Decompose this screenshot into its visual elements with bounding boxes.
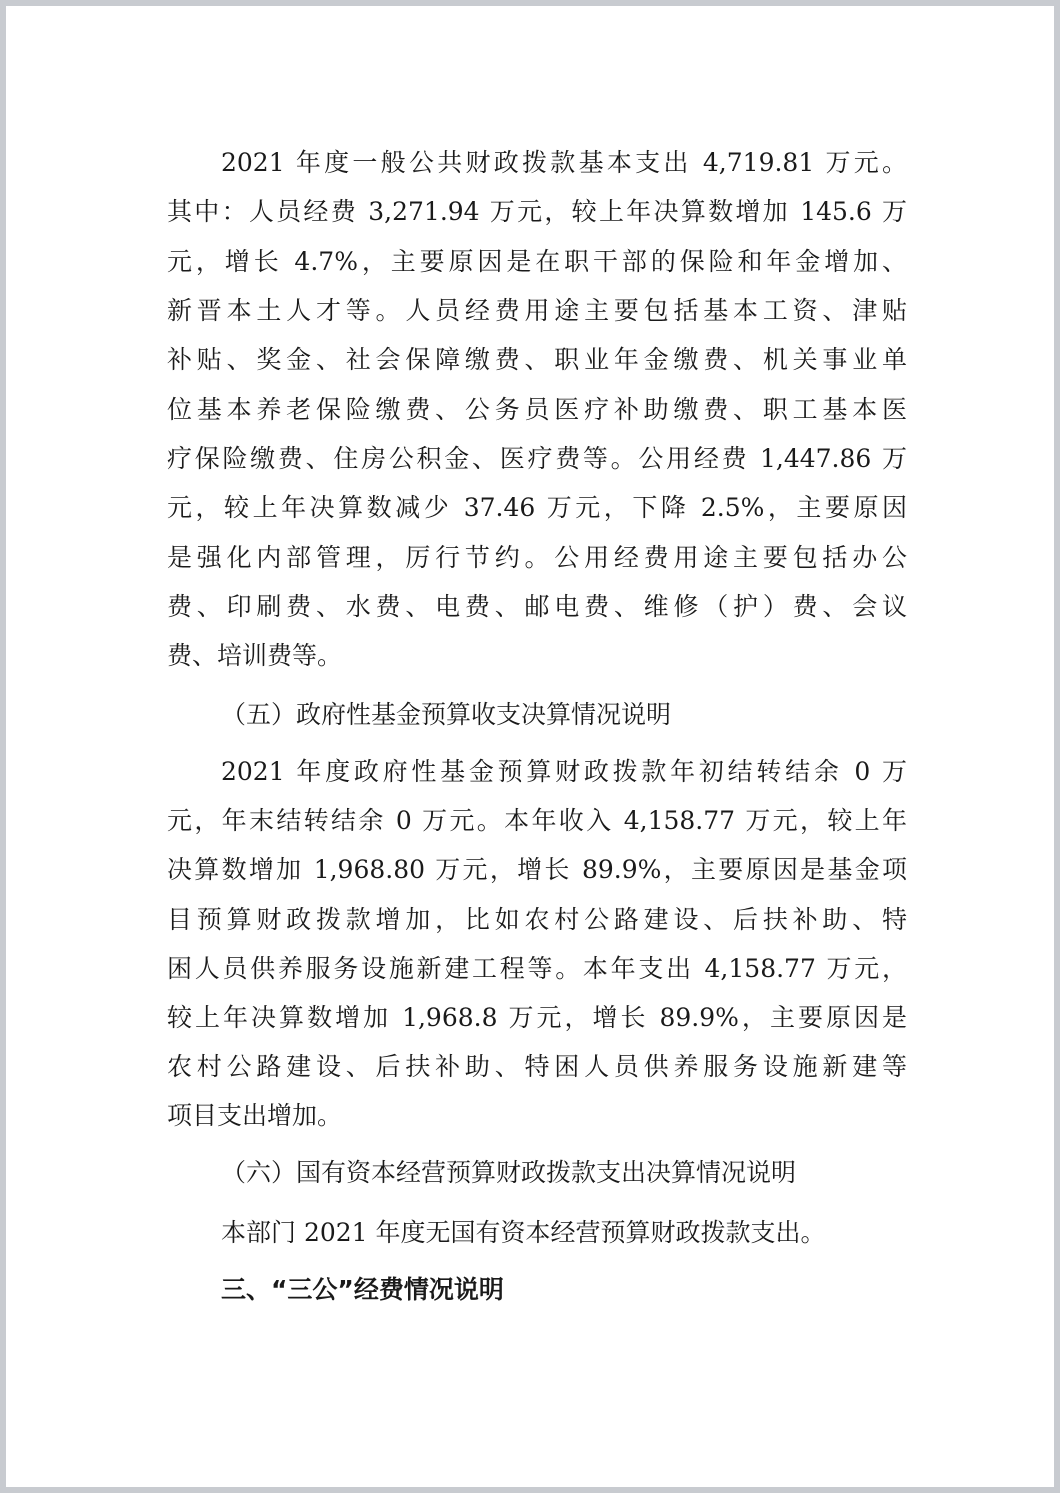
- paragraph-line: 决算数增加 1,968.80 万元，增长 89.9%，主要原因是基金项: [167, 852, 907, 888]
- paragraph-line: 元，年末结转结余 0 万元。本年收入 4,158.77 万元，较上年: [167, 803, 907, 839]
- section-heading-6: （六）国有资本经营预算财政拨款支出决算情况说明: [221, 1155, 907, 1191]
- paragraph-line: 困人员供养服务设施新建工程等。本年支出 4,158.77 万元，: [167, 951, 907, 987]
- section-heading-3: 三、“三公”经费情况说明: [221, 1272, 907, 1308]
- paragraph-line: 新晋本土人才等。人员经费用途主要包括基本工资、津贴: [167, 293, 907, 329]
- paragraph-line: 是强化内部管理，厉行节约。公用经费用途主要包括办公: [167, 540, 907, 576]
- paragraph-line: 本部门 2021 年度无国有资本经营预算财政拨款支出。: [221, 1215, 907, 1251]
- paragraph-line: 元，较上年决算数减少 37.46 万元，下降 2.5%，主要原因: [167, 490, 907, 526]
- paragraph-line: 其中：人员经费 3,271.94 万元，较上年决算数增加 145.6 万: [167, 194, 907, 230]
- paragraph-line: 位基本养老保险缴费、公务员医疗补助缴费、职工基本医: [167, 392, 907, 428]
- paragraph-line: 目预算财政拨款增加，比如农村公路建设、后扶补助、特: [167, 902, 907, 938]
- document-page: 2021 年度一般公共财政拨款基本支出 4,719.81 万元。 其中：人员经费…: [6, 6, 1054, 1487]
- paragraph-line: 费、培训费等。: [167, 638, 907, 674]
- paragraph-line: 2021 年度一般公共财政拨款基本支出 4,719.81 万元。: [221, 145, 907, 181]
- paragraph-line: 补贴、奖金、社会保障缴费、职业年金缴费、机关事业单: [167, 342, 907, 378]
- section-heading-5: （五）政府性基金预算收支决算情况说明: [221, 697, 907, 733]
- paragraph-line: 2021 年度政府性基金预算财政拨款年初结转结余 0 万: [221, 754, 907, 790]
- paragraph-line: 项目支出增加。: [167, 1098, 907, 1134]
- paragraph-line: 农村公路建设、后扶补助、特困人员供养服务设施新建等: [167, 1049, 907, 1085]
- paragraph-line: 费、印刷费、水费、电费、邮电费、维修（护）费、会议: [167, 589, 907, 625]
- paragraph-line: 疗保险缴费、住房公积金、医疗费等。公用经费 1,447.86 万: [167, 441, 907, 477]
- paragraph-line: 元，增长 4.7%，主要原因是在职干部的保险和年金增加、: [167, 244, 907, 280]
- paragraph-line: 较上年决算数增加 1,968.8 万元，增长 89.9%，主要原因是: [167, 1000, 907, 1036]
